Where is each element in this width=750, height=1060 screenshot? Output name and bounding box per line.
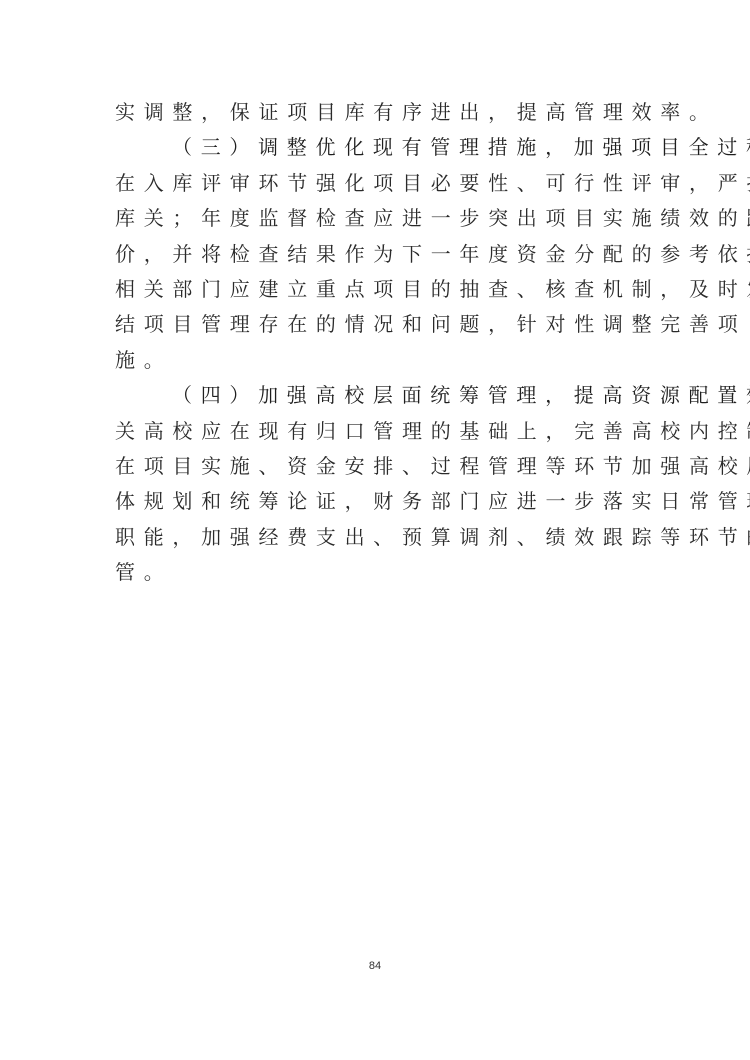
paragraph-line: 结项目管理存在的情况和问题，针对性调整完善项目管理措 [115,307,645,342]
paragraph-line: 施。 [115,343,645,378]
paragraph-line: 职能，加强经费支出、预算调剂、绩效跟踪等环节的财务监 [115,520,645,555]
page-number: 84 [0,960,750,972]
paragraph-line: 库关；年度监督检查应进一步突出项目实施绩效的跟踪与评 [115,201,645,236]
paragraph-line: 在项目实施、资金安排、过程管理等环节加强高校层面的整 [115,449,645,484]
paragraph-line: 在入库评审环节强化项目必要性、可行性评审，严把项目入 [115,166,645,201]
document-page: 实调整，保证项目库有序进出，提高管理效率。 （三）调整优化现有管理措施，加强项目… [0,0,750,1060]
section-heading-line: （四）加强高校层面统筹管理，提高资源配置效益。相 [115,378,645,413]
paragraph-line: 关高校应在现有归口管理的基础上，完善高校内控制度措施， [115,414,645,449]
paragraph-line: 体规划和统筹论证，财务部门应进一步落实日常管理和监督 [115,484,645,519]
section-heading-4: （四）加强高校层面统筹管理，提高资源配置效益。 [172,383,750,407]
paragraph-line: 管。 [115,555,645,590]
body-text: 实调整，保证项目库有序进出，提高管理效率。 （三）调整优化现有管理措施，加强项目… [115,95,645,590]
section-heading-line: （三）调整优化现有管理措施，加强项目全过程监管。 [115,130,645,165]
paragraph-line: 价，并将检查结果作为下一年度资金分配的参考依据。此外， [115,237,645,272]
paragraph-line: 相关部门应建立重点项目的抽查、核查机制，及时发现、总 [115,272,645,307]
paragraph-line: 实调整，保证项目库有序进出，提高管理效率。 [115,95,645,130]
section-heading-3: （三）调整优化现有管理措施，加强项目全过程监管。 [172,135,750,159]
